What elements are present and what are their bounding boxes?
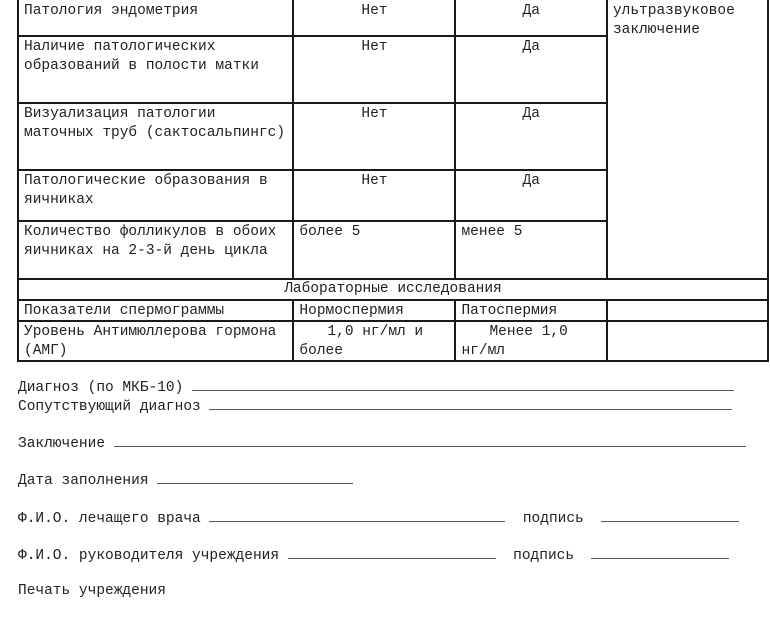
diagnosis-row: Диагноз (по МКБ-10) (18, 377, 734, 398)
table-row: Патология эндометрия Нет Да ультразвуков… (18, 0, 768, 36)
doctor-row: Ф.И.О. лечащего врача подпись (18, 508, 739, 529)
lab-label: Уровень Антимюллерова гормона (АМГ) (18, 321, 293, 361)
lab-section-title: Лабораторные исследования (18, 279, 768, 300)
comorbid-row: Сопутствующий диагноз (18, 396, 732, 417)
head-label: Ф.И.О. руководителя учреждения (18, 548, 279, 564)
criterion-normal: более 5 (293, 221, 455, 279)
head-name-field[interactable] (288, 545, 496, 559)
date-row: Дата заполнения (18, 470, 353, 491)
stamp-row: Печать учреждения (18, 582, 166, 601)
doctor-signature-field[interactable] (601, 508, 739, 522)
lab-abnormal: Менее 1,0 нг/мл (455, 321, 606, 361)
criterion-label: Визуализация патологии маточных труб (са… (18, 103, 293, 170)
criterion-normal: Нет (293, 36, 455, 103)
criterion-label: Наличие патологических образований в пол… (18, 36, 293, 103)
doctor-name-field[interactable] (209, 508, 505, 522)
lab-note[interactable] (607, 300, 768, 322)
doctor-signature-label: подпись (523, 511, 584, 527)
conclusion-row: Заключение (18, 433, 746, 454)
doctor-label: Ф.И.О. лечащего врача (18, 511, 201, 527)
diagnosis-label: Диагноз (по МКБ-10) (18, 380, 183, 396)
table-row: Показатели спермограммы Нормоспермия Пат… (18, 300, 768, 322)
diagnosis-field[interactable] (192, 377, 734, 391)
lab-note[interactable] (607, 321, 768, 361)
criterion-normal: Нет (293, 103, 455, 170)
table-row: Уровень Антимюллерова гормона (АМГ) 1,0 … (18, 321, 768, 361)
criterion-label: Количество фолликулов в обоих яичниках н… (18, 221, 293, 279)
lab-label: Показатели спермограммы (18, 300, 293, 322)
lab-normal: Нормоспермия (293, 300, 455, 322)
criterion-normal: Нет (293, 170, 455, 221)
head-row: Ф.И.О. руководителя учреждения подпись (18, 545, 729, 566)
lab-normal: 1,0 нг/мл и более (293, 321, 455, 361)
criterion-abnormal: Да (455, 170, 606, 221)
criterion-abnormal: Да (455, 0, 606, 36)
date-label: Дата заполнения (18, 473, 149, 489)
comorbid-label: Сопутствующий диагноз (18, 399, 201, 415)
criterion-label: Патологические образования в яичниках (18, 170, 293, 221)
date-field[interactable] (157, 470, 353, 484)
criterion-normal: Нет (293, 0, 455, 36)
comorbid-field[interactable] (209, 396, 732, 410)
lab-abnormal: Патоспермия (455, 300, 606, 322)
lab-section-header: Лабораторные исследования (18, 279, 768, 300)
head-signature-label: подпись (513, 548, 574, 564)
stamp-label: Печать учреждения (18, 583, 166, 599)
criterion-abnormal: Да (455, 36, 606, 103)
criterion-note: ультразвуковое заключение (607, 0, 768, 279)
criterion-label: Патология эндометрия (18, 0, 293, 36)
conclusion-label: Заключение (18, 436, 105, 452)
criterion-abnormal: менее 5 (455, 221, 606, 279)
criteria-table: Патология эндометрия Нет Да ультразвуков… (17, 0, 769, 362)
criterion-abnormal: Да (455, 103, 606, 170)
head-signature-field[interactable] (591, 545, 729, 559)
conclusion-field[interactable] (114, 433, 746, 447)
